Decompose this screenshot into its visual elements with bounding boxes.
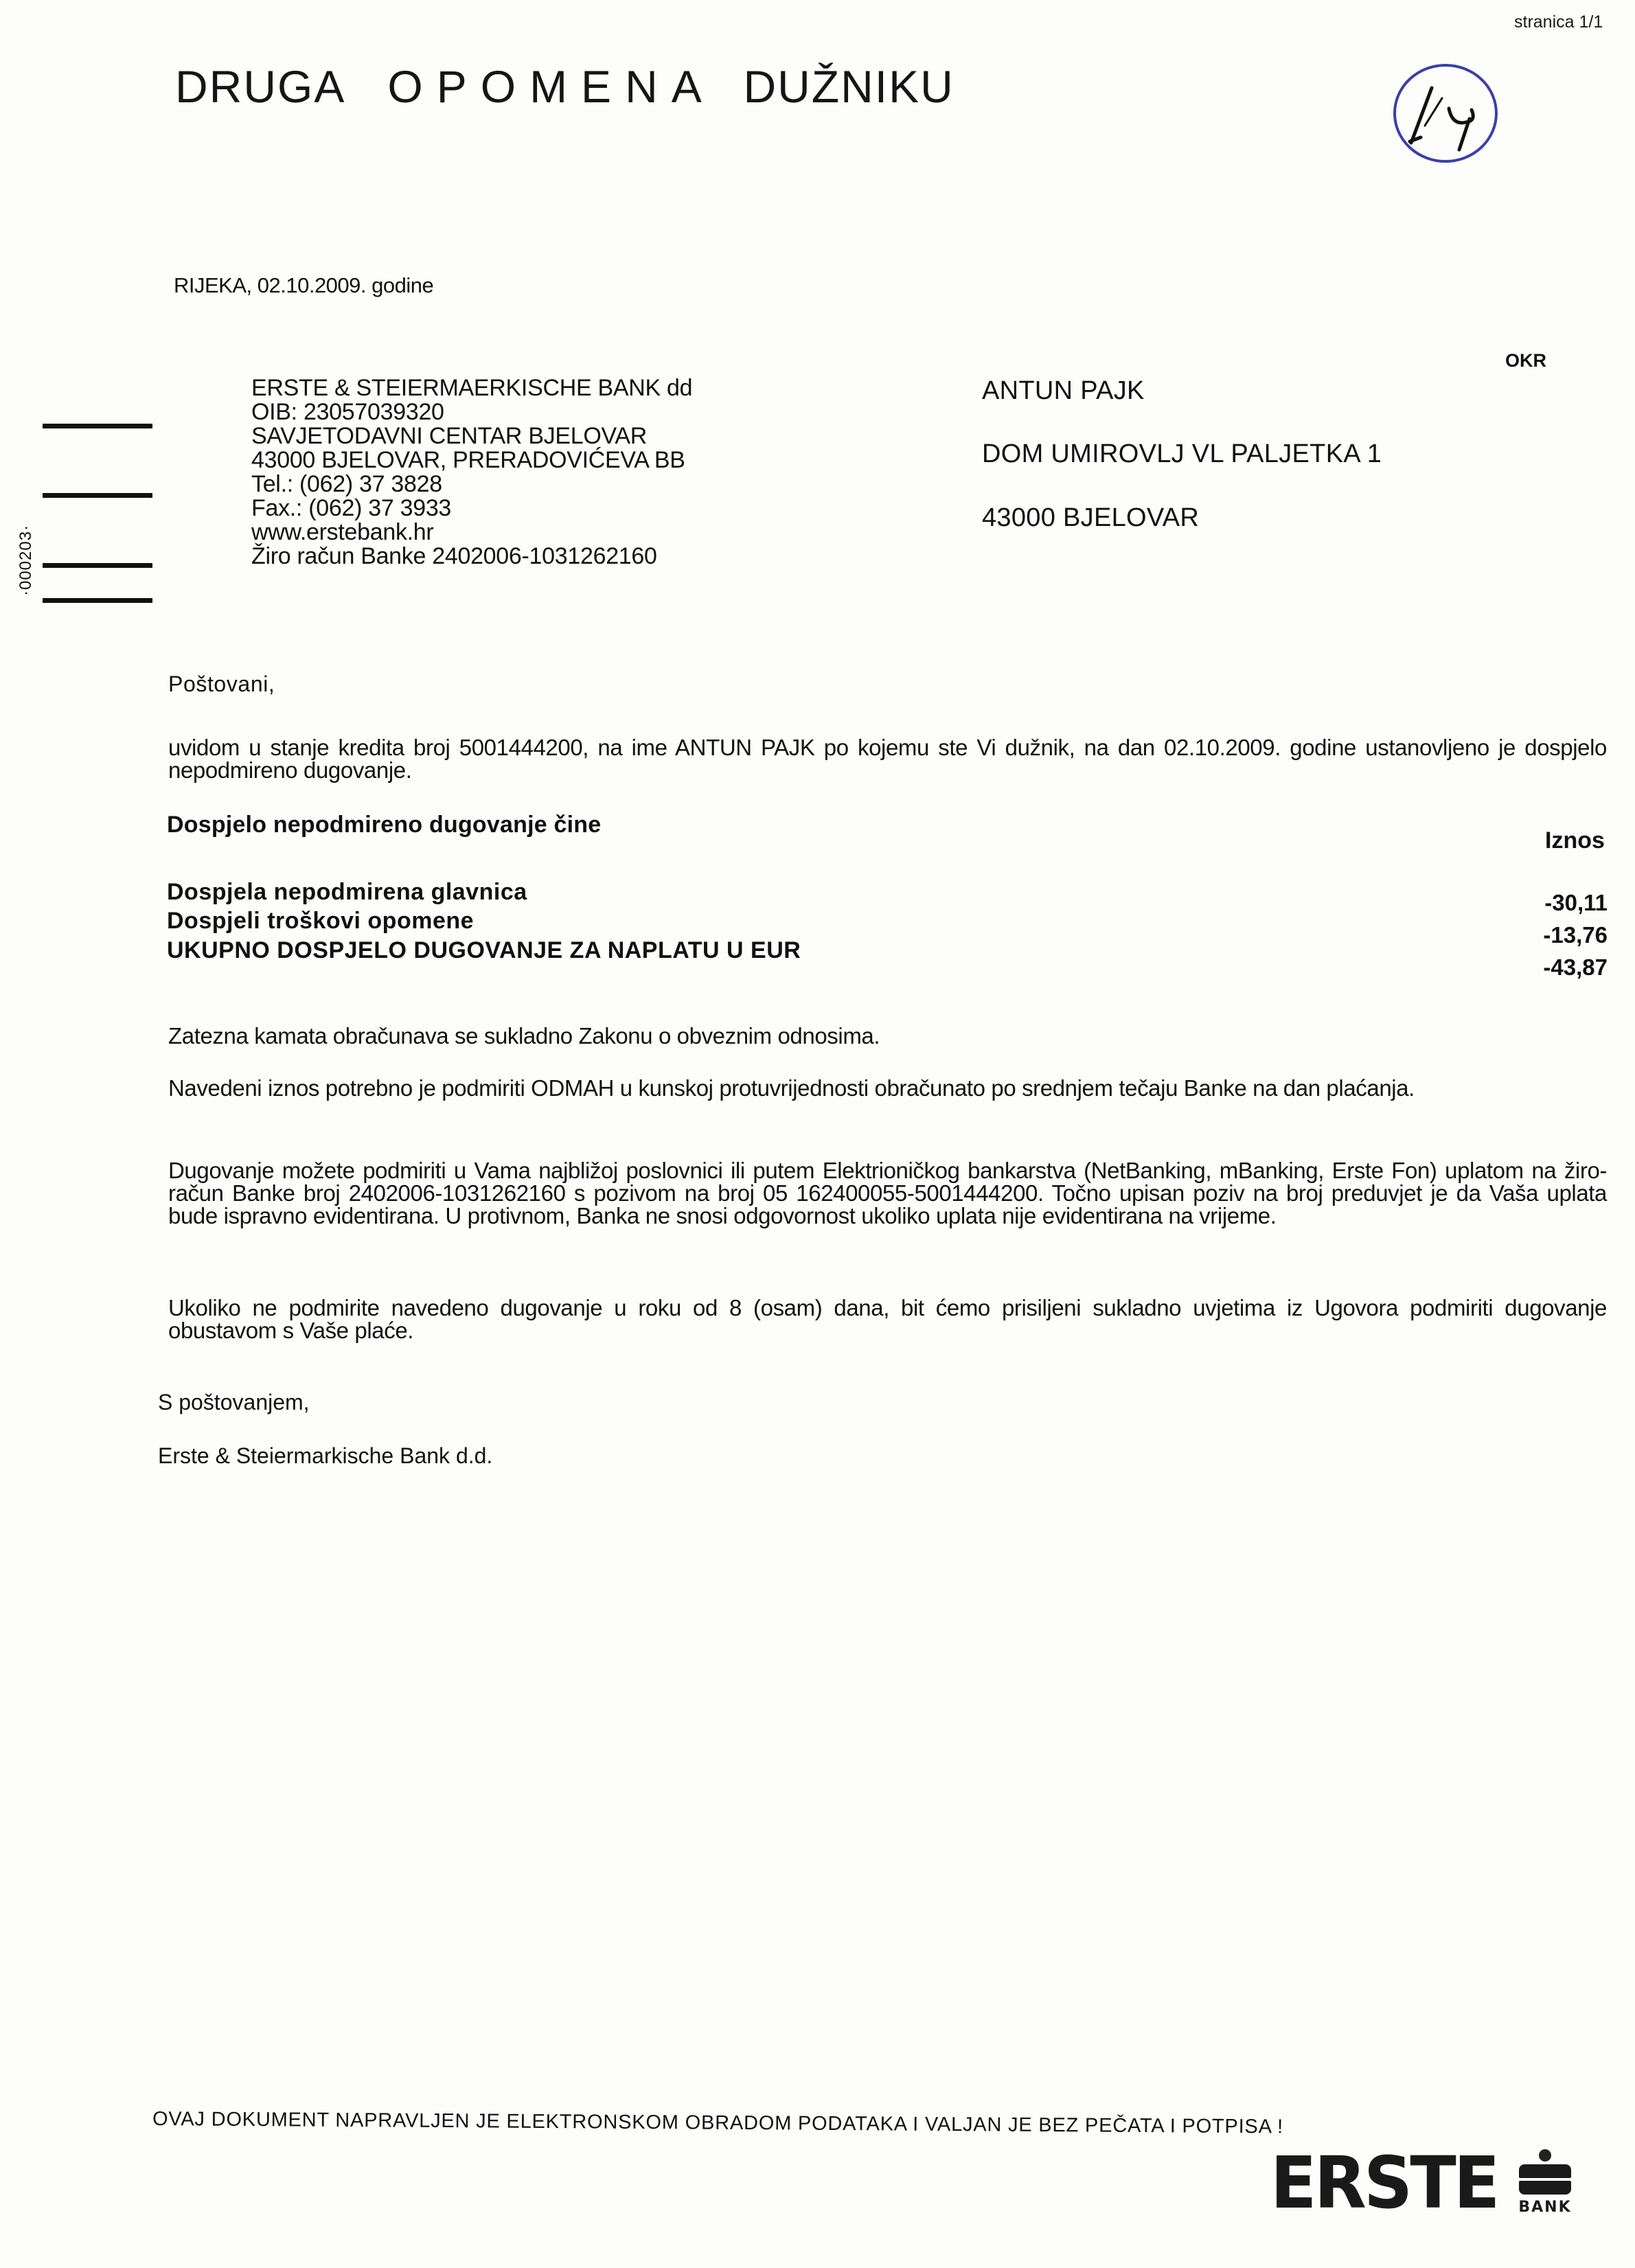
margin-code: ·000203· <box>16 525 36 596</box>
interest-paragraph: Zatezna kamata obračunava se sukladno Za… <box>168 1024 1607 1047</box>
sender-oib: OIB: 23057039320 <box>251 400 692 424</box>
sender-address: 43000 BJELOVAR, PRERADOVIĆEVA BB <box>251 448 692 472</box>
sender-phone: Tel.: (062) 37 3828 <box>251 472 692 496</box>
handwritten-number-stamp <box>1391 60 1500 167</box>
debt-row-amount-total: -43,87 <box>1543 954 1608 981</box>
place-and-date: RIJEKA, 02.10.2009. godine <box>174 273 433 298</box>
title-word-2: OPOMENA <box>387 61 715 112</box>
debt-table-heading: Dospjelo nepodmireno dugovanje čine <box>167 812 601 838</box>
footer-disclaimer: OVAJ DOKUMENT NAPRAVLJEN JE ELEKTRONSKOM… <box>152 2108 1283 2138</box>
sender-block: ERSTE & STEIERMAERKISCHE BANK dd OIB: 23… <box>251 376 692 569</box>
logo-wordmark: ERSTE <box>1270 2150 1498 2216</box>
margin-bar <box>43 563 152 568</box>
title-word-3: DUŽNIKU <box>743 61 954 112</box>
page-indicator: stranica 1/1 <box>1514 12 1603 32</box>
debt-row-amount-fees: -13,76 <box>1543 922 1608 948</box>
recipient-name: ANTUN PAJK <box>982 376 1145 406</box>
margin-bar <box>43 598 152 603</box>
sender-website: www.erstebank.hr <box>251 520 692 545</box>
sender-center: SAVJETODAVNI CENTAR BJELOVAR <box>251 424 692 448</box>
intro-paragraph: uvidom u stanje kredita broj 5001444200,… <box>168 736 1607 781</box>
sender-fax: Fax.: (062) 37 3933 <box>251 496 692 520</box>
document-title: DRUGA OPOMENA DUŽNIKU <box>175 60 954 113</box>
greeting: Poštovani, <box>168 672 275 697</box>
debt-row-label-total: UKUPNO DOSPJELO DUGOVANJE ZA NAPLATU U E… <box>167 937 801 964</box>
signature: Erste & Steiermarkische Bank d.d. <box>158 1443 492 1469</box>
salary-deduction-paragraph: Ukoliko ne podmirite navedeno dugovanje … <box>168 1296 1607 1342</box>
savings-bank-icon: BANK <box>1518 2149 1573 2216</box>
margin-bar <box>43 424 152 428</box>
code-label: OKR <box>1505 350 1546 371</box>
payment-deadline-paragraph: Navedeni iznos potrebno je podmiriti ODM… <box>168 1077 1607 1099</box>
debt-amount-header: Iznos <box>1545 827 1605 854</box>
circled-number-icon <box>1391 60 1500 167</box>
logo-stripe <box>1519 2181 1571 2195</box>
closing-salutation: S poštovanjem, <box>158 1390 310 1415</box>
sender-bank-name: ERSTE & STEIERMAERKISCHE BANK dd <box>251 376 692 400</box>
sender-account: Žiro račun Banke 2402006-1031262160 <box>251 545 692 569</box>
debt-row-amount-principal: -30,11 <box>1544 890 1608 916</box>
debt-row-label-fees: Dospjeli troškovi opomene <box>167 908 474 935</box>
recipient-address: DOM UMIROVLJ VL PALJETKA 1 <box>982 439 1382 469</box>
logo-subtitle: BANK <box>1518 2199 1571 2216</box>
erste-bank-logo: ERSTE BANK <box>1270 2149 1573 2216</box>
recipient-city: 43000 BJELOVAR <box>982 503 1199 533</box>
logo-dot <box>1539 2149 1551 2162</box>
title-word-1: DRUGA <box>175 61 345 112</box>
payment-instructions-paragraph: Dugovanje možete podmiriti u Vama najbli… <box>168 1159 1607 1227</box>
debt-row-label-principal: Dospjela nepodmirena glavnica <box>167 879 527 906</box>
logo-stripe <box>1519 2164 1571 2178</box>
margin-bar <box>43 493 152 498</box>
